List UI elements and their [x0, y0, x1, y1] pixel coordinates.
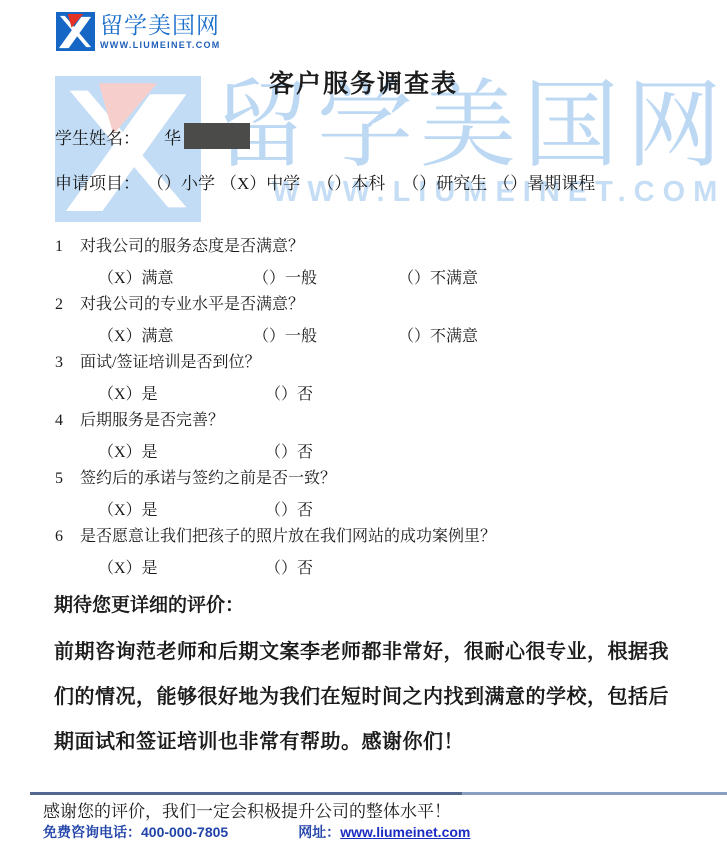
question-options-row: （X）是（）否: [98, 381, 313, 404]
redaction-box: [184, 123, 250, 149]
option-cell: （）不满意: [398, 323, 478, 346]
apply-option-bachelor: （）本科: [317, 169, 385, 194]
footer-site-label: 网址：: [298, 824, 340, 840]
question-row: 6是否愿意让我们把孩子的照片放在我们网站的成功案例里？: [55, 523, 496, 546]
question-text: 后期服务是否完善？: [80, 412, 224, 429]
student-name-label: 学生姓名：: [55, 124, 140, 149]
question-number: 6: [55, 528, 80, 546]
apply-program-row: 申请项目： （）小学 （X）中学 （）本科 （）研究生 （）暑期课程: [55, 169, 595, 194]
apply-option-middle: （X）中学: [220, 169, 300, 194]
apply-option-summer: （）暑期课程: [493, 169, 595, 194]
option-cell: （）一般: [253, 323, 398, 346]
question-row: 4后期服务是否完善？: [55, 407, 224, 430]
question-number: 3: [55, 354, 80, 372]
option-cell: （）否: [265, 439, 313, 462]
brand-name: 留学美国网: [100, 12, 221, 38]
evaluation-paragraph-line: 前期咨询范老师和后期文案李老师都非常好，很耐心很专业，根据我: [54, 635, 669, 664]
apply-option-primary: （）小学: [147, 169, 215, 194]
footer-contact-row: 免费咨询电话：400-000-7805 网址：www.liumeinet.com: [43, 822, 470, 842]
footer-thanks-text: 感谢您的评价，我们一定会积极提升公司的整体水平！: [43, 797, 451, 822]
footer-divider: [30, 792, 727, 795]
evaluation-paragraph-line: 期面试和签证培训也非常有帮助。感谢你们！: [54, 725, 464, 754]
option-cell: （X）满意: [98, 323, 253, 346]
question-number: 2: [55, 296, 80, 314]
evaluation-heading: 期待您更详细的评价：: [54, 590, 244, 617]
question-text: 对我公司的专业水平是否满意？: [80, 296, 304, 313]
option-cell: （X）满意: [98, 265, 253, 288]
footer-phone: 免费咨询电话：400-000-7805: [43, 822, 228, 842]
question-text: 面试/签证培训是否到位？: [80, 354, 260, 371]
question-number: 1: [55, 238, 80, 256]
option-cell: （X）是: [98, 555, 265, 578]
student-name-value: 华: [164, 124, 181, 149]
option-cell: （）否: [265, 381, 313, 404]
survey-document: { "header": { "brand": "留学美国网", "brand_u…: [0, 0, 727, 867]
question-options-row: （X）是（）否: [98, 439, 313, 462]
question-text: 对我公司的服务态度是否满意？: [80, 238, 304, 255]
question-options-row: （X）是（）否: [98, 497, 313, 520]
option-cell: （）不满意: [398, 265, 478, 288]
header-logo: 留学美国网 WWW.LIUMEINET.COM: [56, 12, 221, 51]
option-cell: （X）是: [98, 381, 265, 404]
apply-option-graduate: （）研究生: [402, 169, 487, 194]
question-number: 4: [55, 412, 80, 430]
brand-url: WWW.LIUMEINET.COM: [100, 40, 221, 50]
brand-logo-icon: [56, 12, 95, 51]
question-row: 3面试/签证培训是否到位？: [55, 349, 260, 372]
question-row: 1对我公司的服务态度是否满意？: [55, 233, 304, 256]
evaluation-paragraph-line: 们的情况，能够很好地为我们在短时间之内找到满意的学校，包括后: [54, 680, 669, 709]
question-text: 签约后的承诺与签约之前是否一致？: [80, 470, 336, 487]
option-cell: （）否: [265, 497, 313, 520]
option-cell: （）一般: [253, 265, 398, 288]
question-options-row: （X）满意（）一般（）不满意: [98, 323, 478, 346]
student-name-row: 学生姓名：华: [55, 123, 250, 149]
option-cell: （X）是: [98, 439, 265, 462]
apply-program-label: 申请项目：: [55, 169, 140, 194]
question-number: 5: [55, 470, 80, 488]
footer-site: 网址：www.liumeinet.com: [298, 822, 470, 842]
page-title: 客户服务调查表: [0, 64, 727, 100]
option-cell: （）否: [265, 555, 313, 578]
option-cell: （X）是: [98, 497, 265, 520]
footer-site-link[interactable]: www.liumeinet.com: [340, 824, 470, 840]
question-row: 2对我公司的专业水平是否满意？: [55, 291, 304, 314]
question-options-row: （X）是（）否: [98, 555, 313, 578]
question-options-row: （X）满意（）一般（）不满意: [98, 265, 478, 288]
question-row: 5签约后的承诺与签约之前是否一致？: [55, 465, 336, 488]
question-text: 是否愿意让我们把孩子的照片放在我们网站的成功案例里？: [80, 528, 496, 545]
